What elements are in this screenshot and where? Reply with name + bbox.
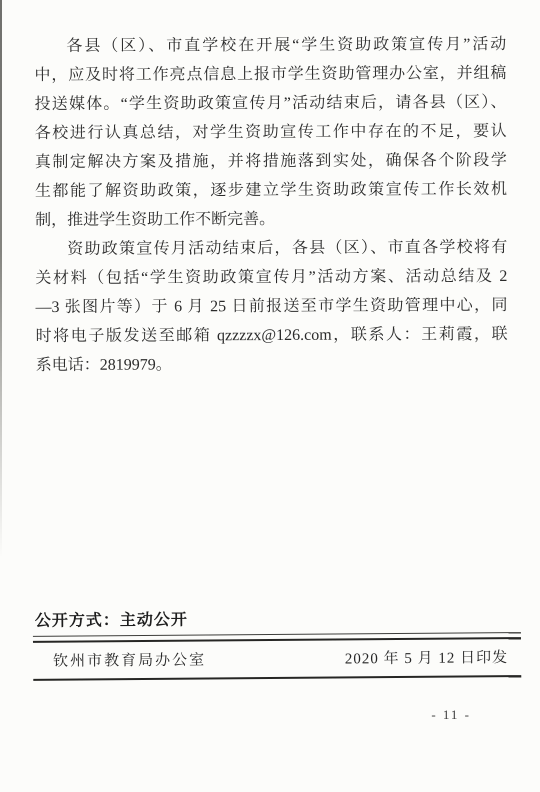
body-line: 投送媒体。“学生资助政策宣传月”活动结束后，请各县（区）、 (34, 88, 506, 119)
body-line: 中，应及时将工作亮点信息上报市学生资助管理办公室，并组稿 (34, 59, 506, 90)
body-line: 生都能了解资助政策，逐步建立学生资助政策宣传工作长效机 (35, 175, 507, 206)
body-line: —3 张图片等）于 6 月 25 日前报送至市学生资助管理中心，同 (35, 291, 507, 322)
body-line: 制，推进学生资助工作不断完善。 (35, 204, 507, 235)
body-line: 各校进行认真总结，对学生资助宣传工作中存在的不足，要认 (35, 117, 507, 148)
print-date: 2020 年 5 月 12 日印发 (345, 646, 508, 668)
publish-method-text: 公开方式：主动公开 (35, 612, 188, 630)
body-line: 资助政策宣传月活动结束后，各县（区）、市直各学校将有 (35, 233, 507, 264)
body-line: 关材料（包括“学生资助政策宣传月”活动方案、活动总结及 2 (35, 262, 507, 293)
body-line: 各县（区）、市直学校在开展“学生资助政策宣传月”活动 (34, 30, 506, 61)
colophon: 公开方式：主动公开 钦州市教育局办公室 2020 年 5 月 12 日印发 (33, 605, 522, 681)
issuer-row: 钦州市教育局办公室 2020 年 5 月 12 日印发 (33, 639, 521, 679)
body-line: 时将电子版发送至邮箱 qzzzzx@126.com，联系人：王莉霞，联 (36, 320, 508, 351)
document-page: 各县（区）、市直学校在开展“学生资助政策宣传月”活动中，应及时将工作亮点信息上报… (0, 0, 540, 792)
page-number: - 11 - (431, 707, 471, 723)
document-body: 各县（区）、市直学校在开展“学生资助政策宣传月”活动中，应及时将工作亮点信息上报… (34, 30, 508, 380)
scan-artifact-left-edge (0, 0, 2, 558)
body-line: 真制定解决方案及措施，并将措施落到实处，确保各个阶段学 (35, 146, 507, 177)
issuer-name: 钦州市教育局办公室 (53, 649, 206, 671)
publish-method-row: 公开方式：主动公开 (33, 605, 521, 634)
body-line: 系电话：2819979。 (36, 349, 508, 380)
